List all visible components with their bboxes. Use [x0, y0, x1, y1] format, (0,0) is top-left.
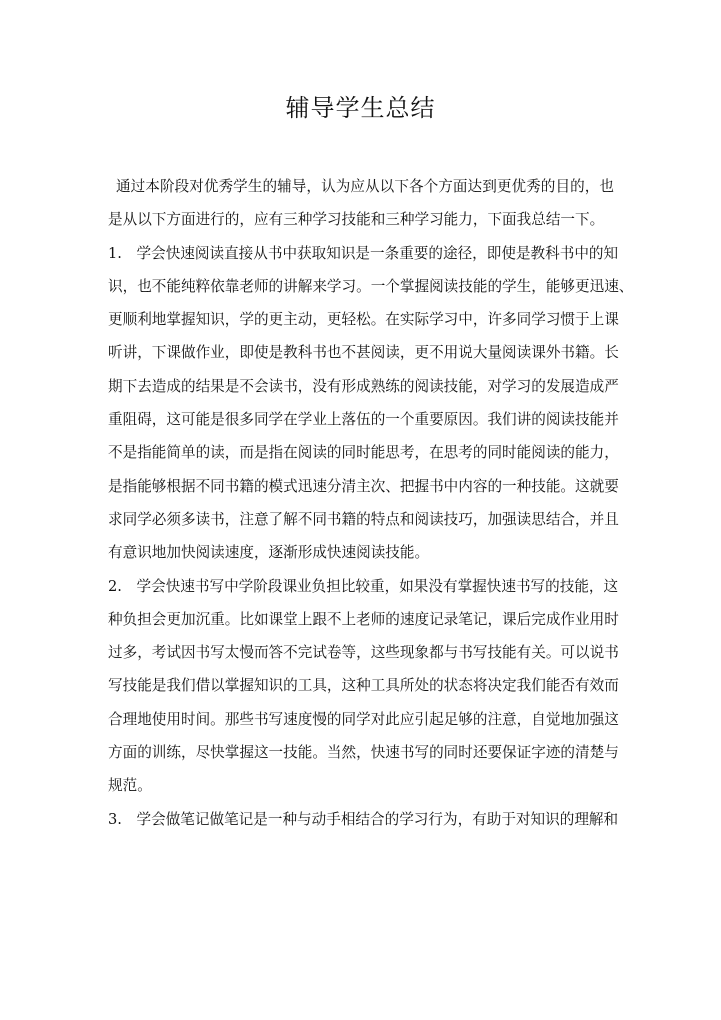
text-line: 种负担会更加沉重。比如课堂上跟不上老师的速度记录笔记，课后完成作业用时: [108, 603, 614, 636]
text-line: 2. 学会快速书写中学阶段课业负担比较重，如果没有掌握快速书写的技能，这: [108, 570, 614, 603]
paragraph-item-1-fast-reading: 1. 学会快速阅读直接从书中获取知识是一条重要的途径，即使是教科书中的知 识，也…: [108, 237, 614, 570]
document-page: 辅导学生总结 通过本阶段对优秀学生的辅导，认为应从以下各个方面达到更优秀的目的，…: [0, 0, 721, 1020]
document-title: 辅导学生总结: [0, 90, 721, 126]
text-line: 是从以下方面进行的，应有三种学习技能和三种学习能力，下面我总结一下。: [108, 203, 614, 236]
text-line: 方面的训练，尽快掌握这一技能。当然，快速书写的同时还要保证字迹的清楚与: [108, 736, 614, 769]
paragraph-item-2-fast-writing: 2. 学会快速书写中学阶段课业负担比较重，如果没有掌握快速书写的技能，这 种负担…: [108, 570, 614, 803]
paragraph-intro: 通过本阶段对优秀学生的辅导，认为应从以下各个方面达到更优秀的目的，也 是从以下方…: [108, 170, 614, 237]
text-line: 1. 学会快速阅读直接从书中获取知识是一条重要的途径，即使是教科书中的知: [108, 237, 614, 270]
text-line: 3. 学会做笔记做笔记是一种与动手相结合的学习行为，有助于对知识的理解和: [108, 803, 614, 836]
text-line: 听讲，下课做作业，即使是教科书也不甚阅读，更不用说大量阅读课外书籍。长: [108, 336, 614, 369]
text-line: 识，也不能纯粹依靠老师的讲解来学习。一个掌握阅读技能的学生，能够更迅速、: [108, 270, 614, 303]
text-line: 写技能是我们借以掌握知识的工具，这种工具所处的状态将决定我们能否有效而: [108, 669, 614, 702]
text-line: 通过本阶段对优秀学生的辅导，认为应从以下各个方面达到更优秀的目的，也: [108, 170, 614, 203]
text-line: 重阻碍，这可能是很多同学在学业上落伍的一个重要原因。我们讲的阅读技能并: [108, 403, 614, 436]
text-line: 规范。: [108, 769, 614, 802]
text-line: 是指能够根据不同书籍的模式迅速分清主次、把握书中内容的一种技能。这就要: [108, 470, 614, 503]
paragraph-item-3-note-taking: 3. 学会做笔记做笔记是一种与动手相结合的学习行为，有助于对知识的理解和: [108, 803, 614, 836]
text-line: 更顺利地掌握知识，学的更主动，更轻松。在实际学习中，许多同学习惯于上课: [108, 303, 614, 336]
text-line: 期下去造成的结果是不会读书，没有形成熟练的阅读技能，对学习的发展造成严: [108, 370, 614, 403]
text-line: 不是指能简单的读，而是指在阅读的同时能思考，在思考的同时能阅读的能力，: [108, 436, 614, 469]
text-line: 有意识地加快阅读速度，逐渐形成快速阅读技能。: [108, 536, 614, 569]
text-line: 求同学必须多读书，注意了解不同书籍的特点和阅读技巧，加强读思结合，并且: [108, 503, 614, 536]
document-body: 通过本阶段对优秀学生的辅导，认为应从以下各个方面达到更优秀的目的，也 是从以下方…: [108, 170, 614, 836]
text-line: 过多，考试因书写太慢而答不完试卷等，这些现象都与书写技能有关。可以说书: [108, 636, 614, 669]
text-line: 合理地使用时间。那些书写速度慢的同学对此应引起足够的注意，自觉地加强这: [108, 703, 614, 736]
